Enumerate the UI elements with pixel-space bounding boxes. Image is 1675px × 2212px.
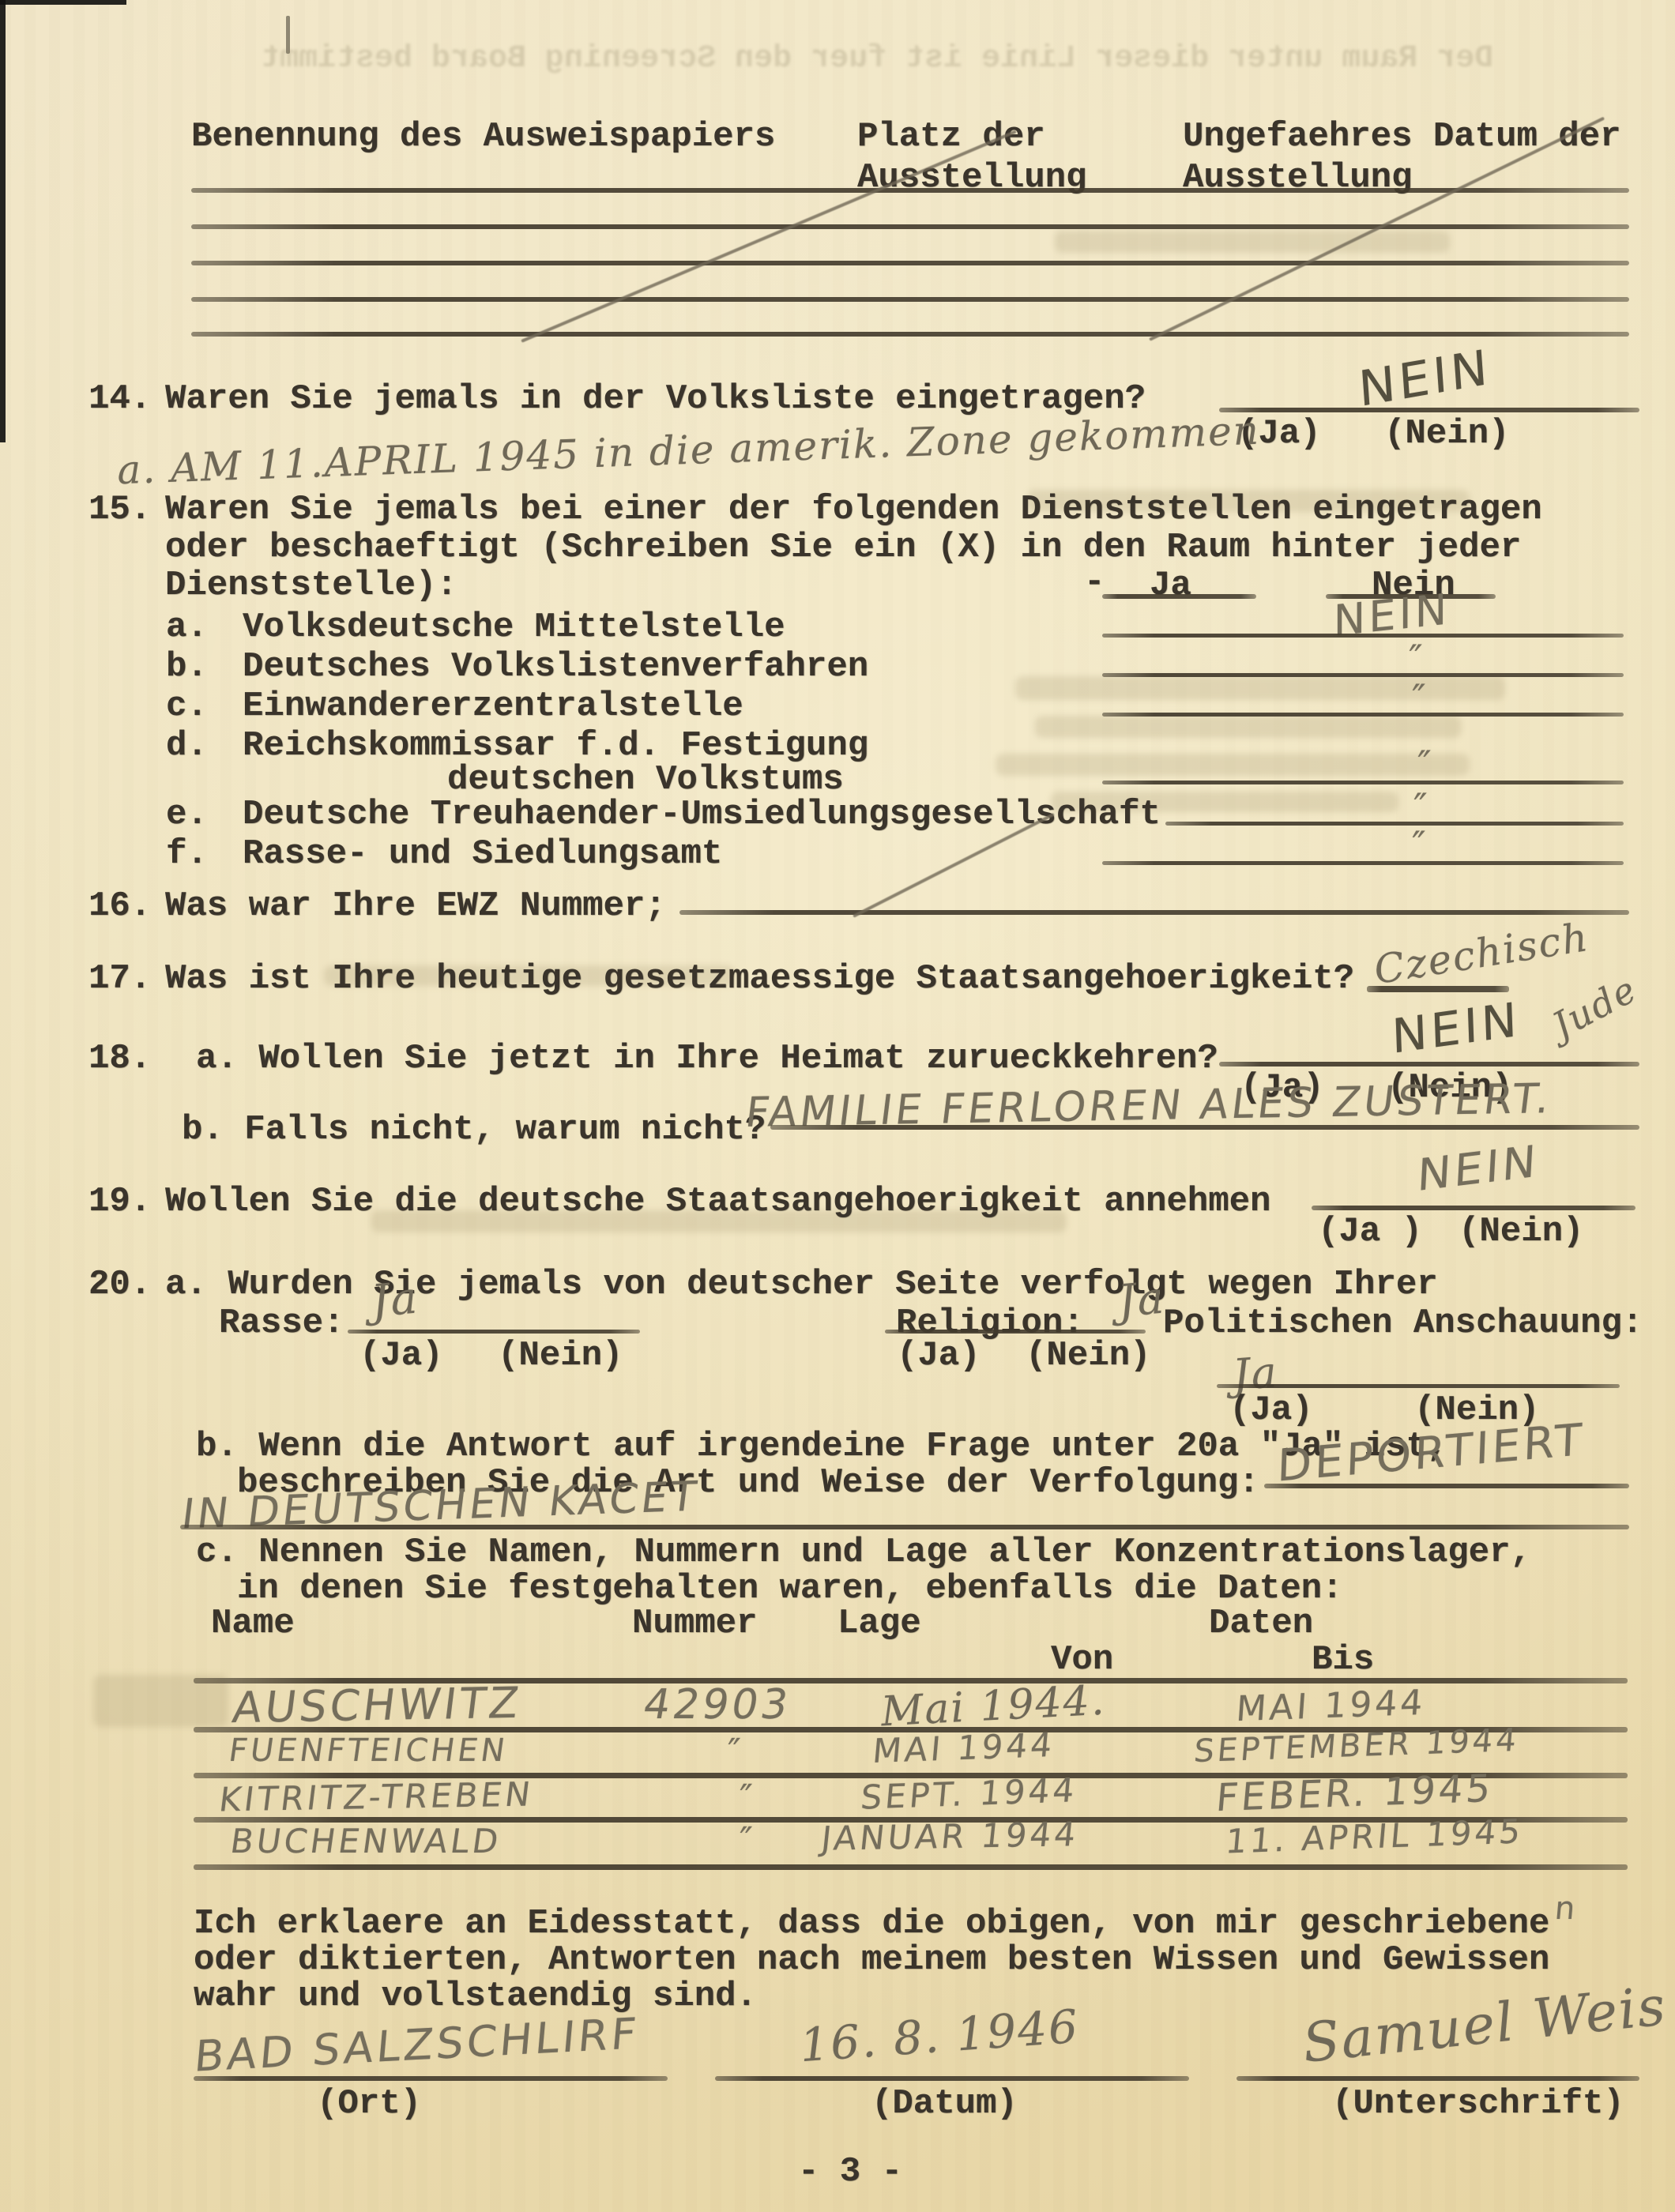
q15-item-e-ditto-mark: ″	[1411, 788, 1431, 825]
bleedthrough-smudge	[1055, 231, 1450, 253]
signature-unterschrift-line	[1236, 2076, 1639, 2081]
bleedthrough-smudge	[996, 754, 1470, 776]
camp-row-bis: MAI 1944	[1235, 1686, 1427, 1727]
q15-number: 15.	[88, 491, 151, 528]
camp-row-nummer-ditto: ″	[725, 1735, 744, 1770]
q15-item-d-ditto-mark: ″	[1415, 746, 1435, 782]
signature-unterschrift-label: (Unterschrift)	[1332, 2086, 1624, 2122]
q20a-politisch-ja-label: (Ja)	[1229, 1392, 1313, 1428]
document-page: Der Raum unter dieser Linie ist fuer den…	[0, 0, 1675, 2212]
signature-unterschrift-handwritten: Samuel Weis	[1300, 1980, 1669, 2071]
camp-table-name-header: Name	[211, 1605, 295, 1642]
q15-item-letter: c.	[166, 688, 208, 724]
q20c-text-line2: in denen Sie festgehalten waren, ebenfal…	[237, 1571, 1342, 1607]
q20a-religion-ja-label: (Ja)	[897, 1337, 981, 1374]
q19-question: Wollen Sie die deutsche Staatsangehoerig…	[165, 1183, 1270, 1220]
q15-item-label: Volksdeutsche Mittelstelle	[243, 609, 785, 645]
camp-table-row-line	[194, 1864, 1628, 1870]
camp-row-name: FUENFTEICHEN	[227, 1735, 510, 1766]
q18a-question: a. Wollen Sie jetzt in Ihre Heimat zurue…	[196, 1040, 1218, 1077]
q15-ja-header-underline	[1102, 594, 1256, 599]
q20c-text-line1: c. Nennen Sie Namen, Nummern und Lage al…	[196, 1534, 1531, 1571]
q20a-rasse-answer-handwritten: Ja	[370, 1276, 420, 1324]
page-number: - 3 -	[798, 2154, 902, 2190]
camp-table-lage-header: Lage	[837, 1605, 921, 1642]
camp-row-von: MAI 1944	[871, 1729, 1056, 1768]
signature-ort-label: (Ort)	[317, 2086, 421, 2122]
doc-table-row-line	[191, 297, 1629, 302]
doc-table-col1-header: Benennung des Ausweispapiers	[191, 118, 775, 155]
signature-datum-label: (Datum)	[871, 2086, 1018, 2122]
signature-ort-handwritten: BAD SALZSCHLIRF	[193, 2012, 641, 2078]
q20a-religion-answer-handwritten: Ja	[1116, 1276, 1167, 1324]
q15-item-letter: a.	[166, 609, 208, 645]
q15-item-label: Einwandererzentralstelle	[243, 688, 743, 724]
q18b-question: b. Falls nicht, warum nicht?	[182, 1112, 766, 1148]
q15-item-answer-line	[1102, 861, 1624, 865]
camp-row-name: AUSCHWITZ	[230, 1682, 524, 1729]
q15-item-answer-line	[1102, 673, 1624, 677]
camp-row-bis: FEBER. 1945	[1214, 1770, 1495, 1817]
q20a-religion-line	[885, 1330, 1146, 1334]
q15-text-line1: Waren Sie jemals bei einer der folgenden…	[165, 491, 1542, 528]
q14-answer-line	[1219, 408, 1639, 412]
q17-answer-line	[1367, 986, 1509, 992]
q20a-question: a. Wurden Sie jemals von deutscher Seite…	[165, 1266, 1438, 1303]
camp-row-nummer-ditto: ″	[737, 1781, 756, 1815]
pencil-crossout-stroke	[521, 130, 1017, 342]
q18a-answer-line	[1219, 1062, 1639, 1066]
camp-row-von: JANUAR 1944	[819, 1818, 1080, 1856]
q18a-answer-handwritten: NEIN	[1391, 996, 1521, 1061]
q15-item-answer-line	[1102, 713, 1624, 717]
q15-item-letter: d.	[166, 728, 208, 764]
camp-row-nummer: 42903	[640, 1684, 794, 1725]
q17-margin-note-handwritten: Jude	[1547, 970, 1643, 1044]
doc-table-row-line	[191, 188, 1629, 193]
q20b-text-line1: b. Wenn die Antwort auf irgendeine Frage…	[196, 1428, 1447, 1465]
q15-item-label: Reichskommissar f.d. Festigung	[243, 728, 868, 764]
camp-row-nummer-ditto: ″	[737, 1823, 756, 1858]
declaration-line2: oder diktierten, Antworten nach meinem b…	[194, 1942, 1549, 1978]
doc-table-row-line	[191, 332, 1629, 337]
q20a-politisch-label: Politischen Anschauung:	[1163, 1305, 1643, 1341]
camp-row-name: BUCHENWALD	[228, 1825, 503, 1858]
q15-item-answer-line	[1102, 634, 1624, 638]
q15-item-answer-line	[1165, 822, 1624, 826]
q20a-rasse-ja-label: (Ja)	[359, 1337, 443, 1374]
camp-table-nummer-header: Nummer	[632, 1605, 757, 1642]
q16-number: 16.	[88, 888, 151, 924]
q14-question: Waren Sie jemals in der Volksliste einge…	[165, 381, 1146, 417]
q14-answer-handwritten: NEIN	[1357, 343, 1492, 414]
q20a-rasse-label: Rasse:	[219, 1305, 344, 1341]
camp-table-bis-header: Bis	[1312, 1642, 1374, 1678]
q20b-answer2-line	[180, 1525, 1629, 1529]
camp-table-daten-header: Daten	[1209, 1605, 1313, 1642]
q20a-rasse-line	[348, 1330, 640, 1334]
q19-nein-label: (Nein)	[1459, 1213, 1583, 1250]
camp-table-von-header: Von	[1051, 1642, 1113, 1678]
scan-edge-top	[0, 0, 126, 5]
q18b-answer-line	[770, 1125, 1639, 1130]
q15-item-label: Rasse- und Siedlungsamt	[243, 836, 722, 872]
doc-table-col2-header-line1: Platz der	[857, 118, 1045, 155]
declaration-line1-handwritten-n: n	[1553, 1893, 1579, 1924]
q15-item-c-ditto-mark: ″	[1410, 679, 1429, 716]
doc-table-row-line	[191, 224, 1629, 229]
signature-datum-handwritten: 16. 8. 1946	[798, 2003, 1080, 2069]
bleedthrough-text: Der Raum unter dieser Linie ist fuer den…	[261, 41, 1493, 77]
q19-answer-line	[1312, 1206, 1635, 1210]
camp-row-von: SEPT. 1944	[860, 1774, 1078, 1814]
q19-answer-handwritten: NEIN	[1416, 1140, 1540, 1198]
q20a-rasse-nein-label: (Nein)	[498, 1337, 623, 1374]
q15-item-label-line2: deutschen Volkstums	[447, 762, 844, 798]
bleedthrough-smudge	[1035, 716, 1462, 738]
q14-handwritten-note: a. AM 11.APRIL 1945 in die amerik. Zone …	[117, 411, 1261, 490]
q15-item-b-ditto-mark: ″	[1406, 640, 1426, 676]
q15-text-line2: oder beschaeftigt (Schreiben Sie ein (X)…	[165, 529, 1521, 566]
q15-item-answer-line	[1102, 781, 1624, 784]
q17-question: Was ist Ihre heutige gesetzmaessige Staa…	[165, 961, 1354, 997]
q19-number: 19.	[88, 1183, 151, 1220]
declaration-line1: Ich erklaere an Eidesstatt, dass die obi…	[194, 1905, 1549, 1942]
scan-edge-left	[0, 0, 6, 442]
q14-nein-label: (Nein)	[1384, 416, 1509, 452]
q20a-religion-nein-label: (Nein)	[1026, 1337, 1150, 1374]
doc-table-row-line	[191, 261, 1629, 265]
q15-item-f-ditto-mark: ″	[1410, 826, 1429, 863]
signature-ort-line	[194, 2076, 668, 2081]
q17-number: 17.	[88, 961, 151, 997]
q15-item-label: Deutsches Volkslistenverfahren	[243, 649, 868, 685]
camp-row-name: KITRITZ-TREBEN	[217, 1778, 535, 1817]
q18-number: 18.	[88, 1040, 151, 1077]
q20b-answer1-line	[1264, 1484, 1629, 1488]
q14-number: 14.	[88, 381, 151, 417]
q15-item-letter: e.	[166, 796, 208, 833]
camp-row-von: Mai 1944.	[880, 1680, 1107, 1733]
bleedthrough-smudge	[1015, 676, 1505, 700]
q17-answer-handwritten: Czechisch	[1372, 917, 1592, 990]
doc-table-col3-header-line1: Ungefaehres Datum der	[1183, 118, 1621, 155]
declaration-line3: wahr und vollstaendig sind.	[194, 1978, 757, 2014]
q19-ja-label: (Ja )	[1318, 1213, 1422, 1250]
signature-datum-line	[715, 2076, 1189, 2081]
q16-question: Was war Ihre EWZ Nummer;	[165, 888, 666, 924]
q20-number: 20.	[88, 1266, 151, 1303]
camp-row-bis: 11. APRIL 1945	[1224, 1815, 1524, 1858]
q15-text-line3: Dienststelle):	[165, 567, 457, 604]
q16-answer-line	[679, 910, 1629, 915]
q20a-politisch-line	[1217, 1384, 1620, 1388]
q15-item-letter: f.	[166, 836, 208, 872]
q15-item-letter: b.	[166, 649, 208, 685]
